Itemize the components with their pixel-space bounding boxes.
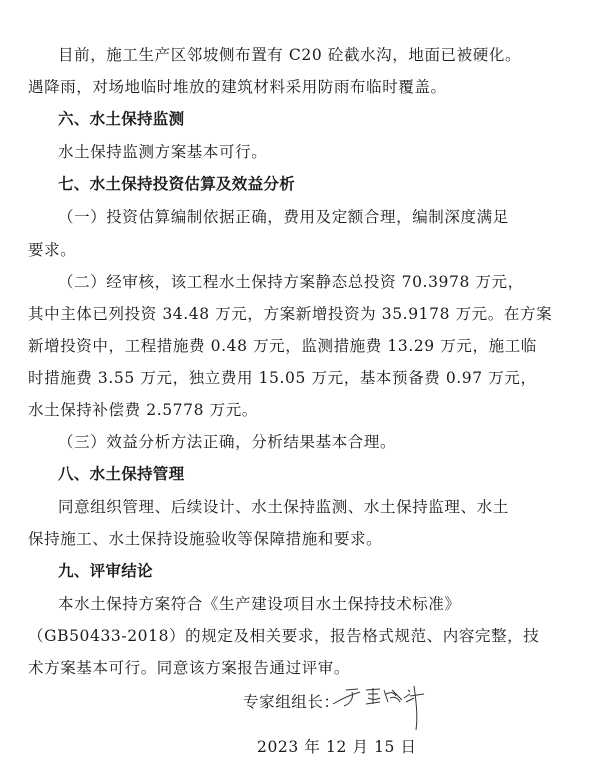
paragraph-line: （一）投资估算编制依据正确，费用及定额合理，编制深度满足 — [58, 207, 509, 227]
paragraph-line: 新增投资中，工程措施费 0.48 万元，监测措施费 13.29 万元，施工临 — [28, 336, 537, 356]
paragraph-line: 同意组织管理、后续设计、水土保持监测、水土保持监理、水土 — [58, 497, 509, 517]
section-heading-8: 八、水土保持管理 — [58, 464, 184, 484]
signature-date: 2023 年 12 月 15 日 — [257, 737, 417, 757]
paragraph-line: 遇降雨，对场地临时堆放的建筑材料采用防雨布临时覆盖。 — [28, 77, 447, 97]
signature-label: 专家组组长： — [243, 692, 340, 712]
section-heading-9: 九、评审结论 — [58, 561, 153, 581]
paragraph-line: （GB50433-2018）的规定及相关要求，报告格式规范、内容完整，技 — [28, 626, 539, 646]
paragraph-line: 时措施费 3.55 万元，独立费用 15.05 万元，基本预备费 0.97 万元… — [28, 368, 537, 388]
paragraph-line: 水土保持监测方案基本可行。 — [58, 142, 267, 162]
paragraph-line: 要求。 — [28, 240, 76, 260]
paragraph-line: 本水土保持方案符合《生产建设项目水土保持技术标准》 — [58, 594, 461, 614]
paragraph-line: 其中主体已列投资 34.48 万元，方案新增投资为 35.9178 万元。在方案 — [28, 304, 552, 324]
paragraph-line: （三）效益分析方法正确，分析结果基本合理。 — [58, 432, 396, 452]
paragraph-line: 目前，施工生产区邻坡侧布置有 C20 砼截水沟，地面已被硬化。 — [58, 45, 521, 65]
section-heading-6: 六、水土保持监测 — [58, 109, 184, 129]
section-heading-7: 七、水土保持投资估算及效益分析 — [58, 174, 295, 194]
paragraph-line: 术方案基本可行。同意该方案报告通过评审。 — [28, 658, 350, 678]
paragraph-line: 水土保持补偿费 2.5778 万元。 — [28, 400, 258, 420]
paragraph-line: （二）经审核，该工程水土保持方案静态总投资 70.3978 万元， — [58, 272, 524, 292]
paragraph-line: 保持施工、水土保持设施验收等保障措施和要求。 — [28, 529, 382, 549]
handwritten-signature-icon — [328, 680, 428, 740]
